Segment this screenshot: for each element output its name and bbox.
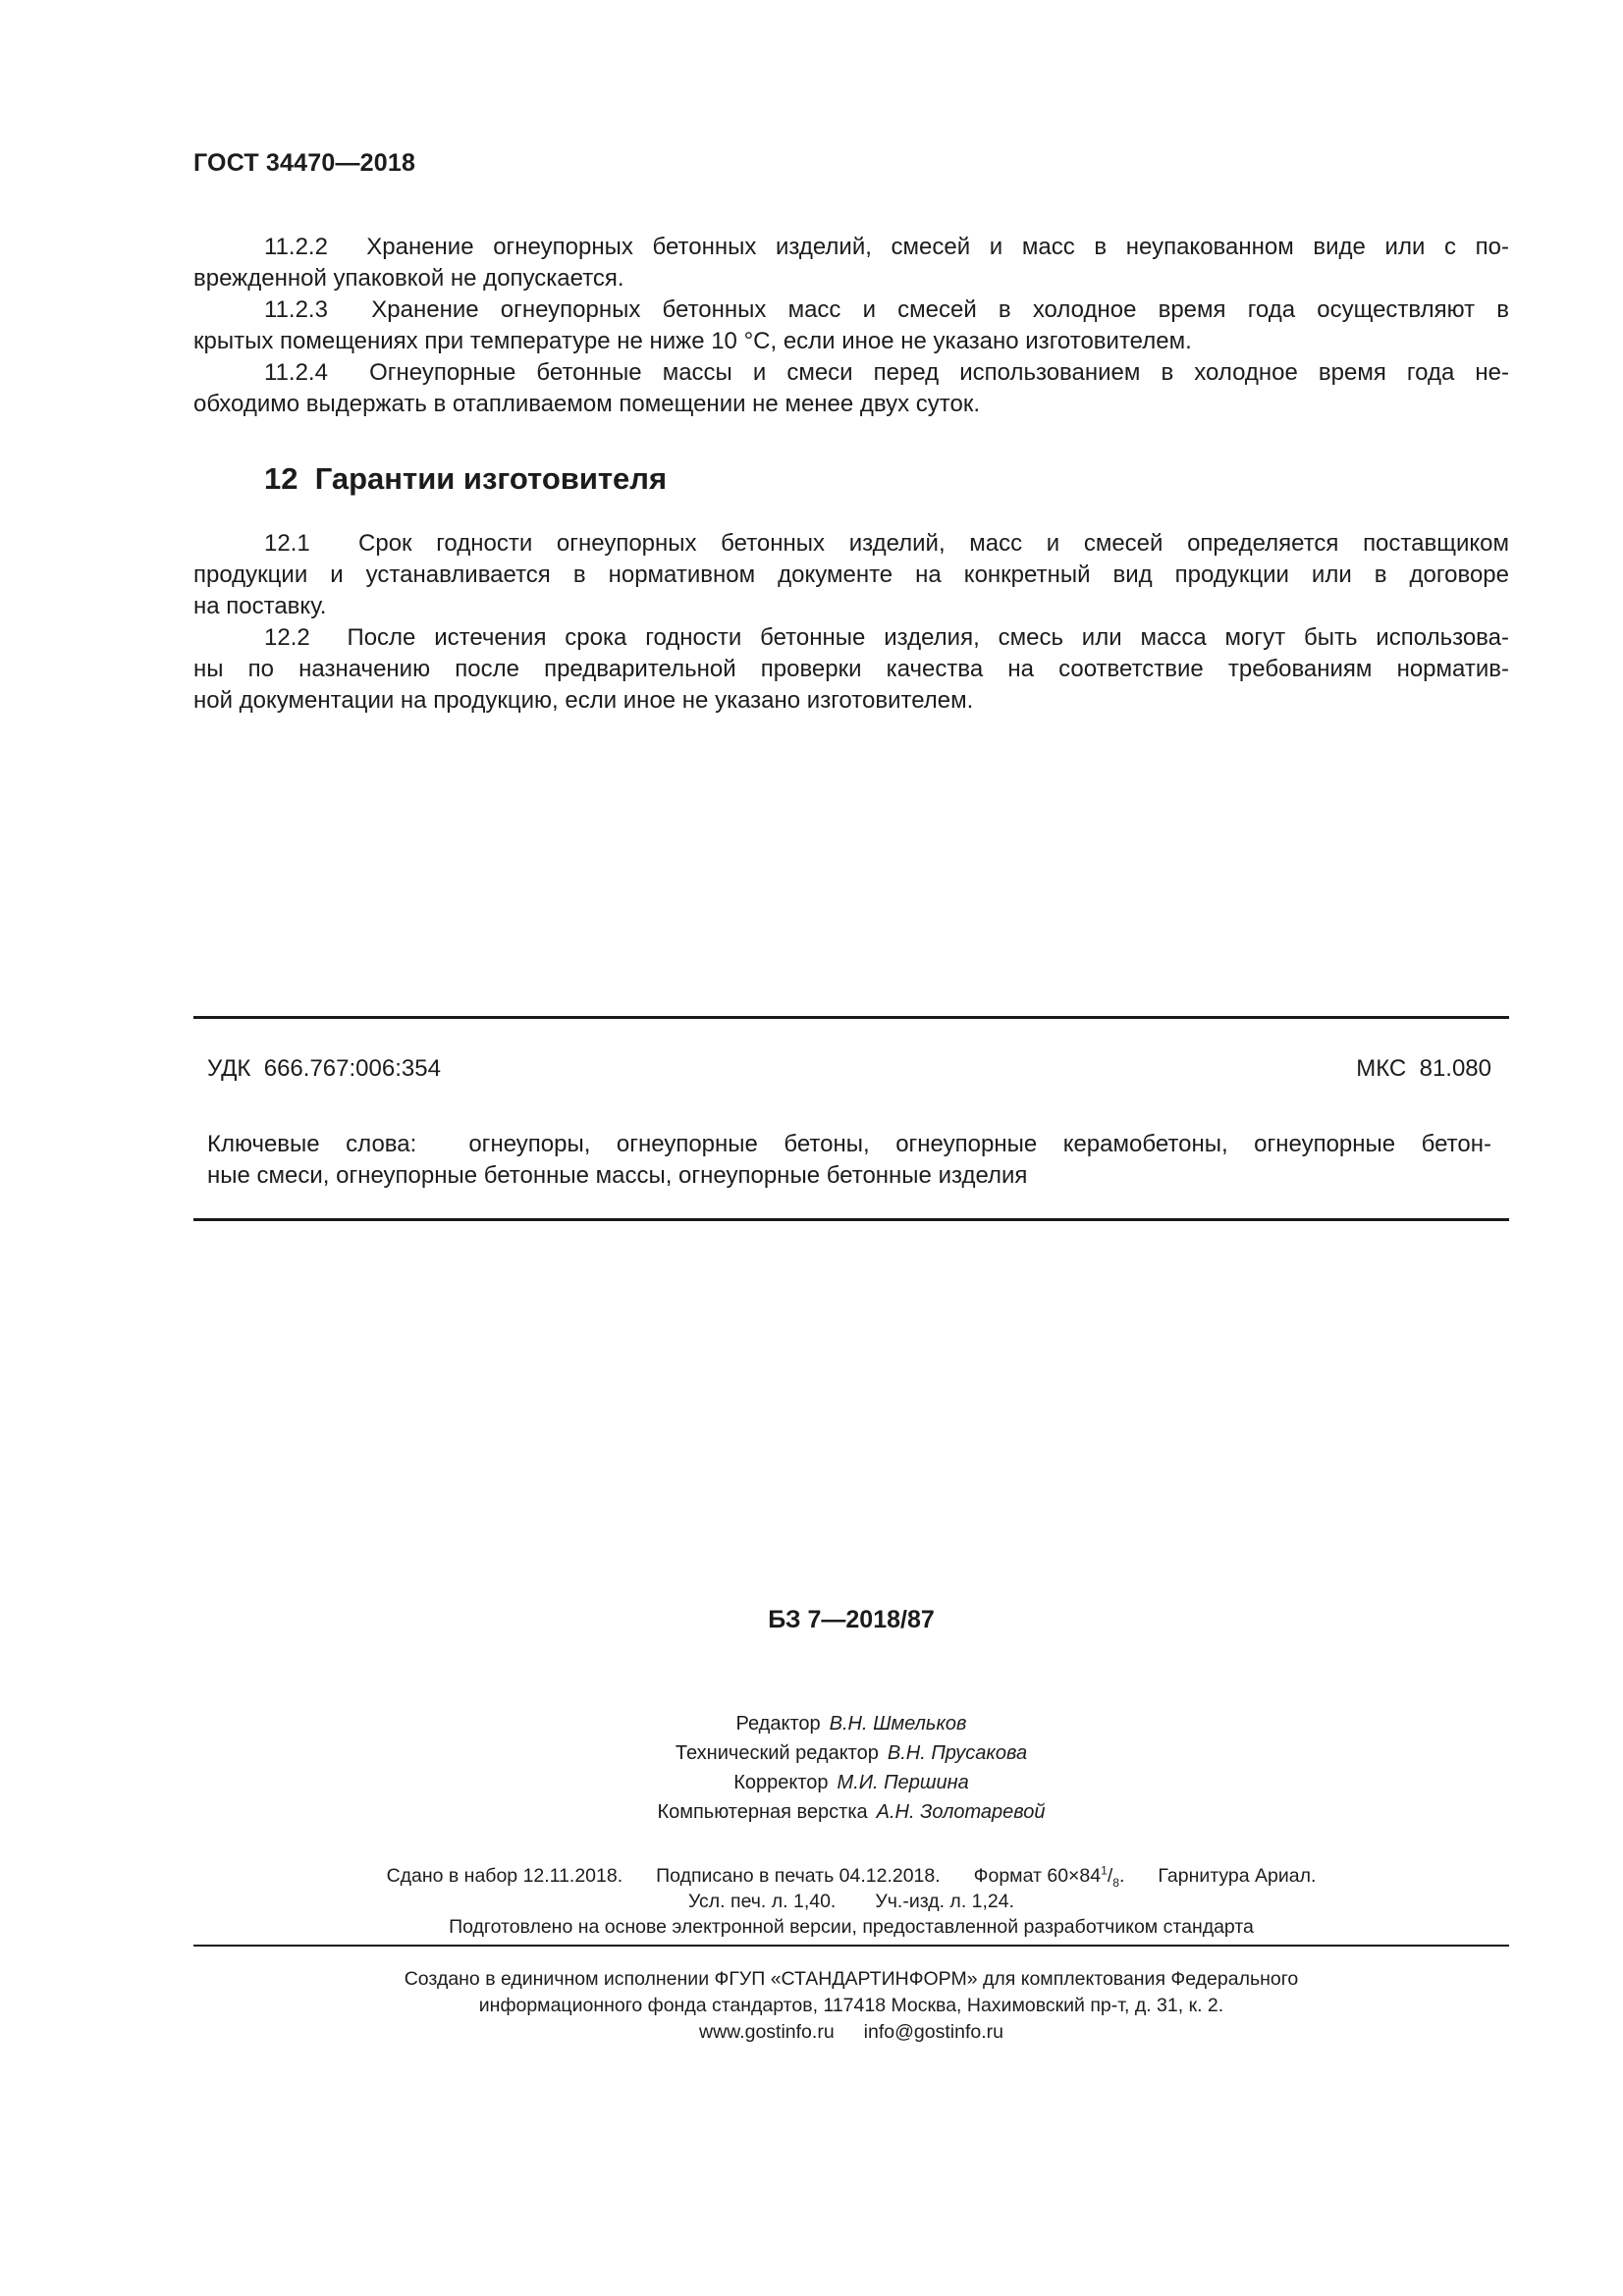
clause-line: 11.2.2 Хранение огнеупорных бетонных изд… (193, 232, 1509, 263)
print-format: Формат 60×841/8. (974, 1863, 1125, 1889)
imprint: Создано в единичном исполнении ФГУП «СТА… (193, 1966, 1509, 2046)
printing-data: Сдано в набор 12.11.2018.Подписано в печ… (193, 1863, 1509, 1940)
imprint-contacts: www.gostinfo.ruinfo@gostinfo.ru (193, 2019, 1509, 2046)
staff-name: А.Н. Золотаревой (877, 1801, 1046, 1823)
clause-12-1: 12.1 Срок годности огнеупорных бетонных … (193, 528, 1509, 622)
format-sub: 8 (1112, 1876, 1119, 1890)
imprint-line-2: информационного фонда стандартов, 117418… (193, 1993, 1509, 2019)
clause-12-2: 12.2 После истечения срока годности бето… (193, 622, 1509, 717)
document-page: ГОСТ 34470—2018 11.2.2 Хранение огнеупор… (0, 0, 1623, 2296)
clause-line: ной документации на продукцию, если иное… (193, 685, 1509, 717)
staff-name: В.Н. Прусакова (888, 1742, 1027, 1764)
clause-line: крытых помещениях при температуре не ниж… (193, 326, 1509, 357)
doc-number-header: ГОСТ 34470—2018 (193, 149, 415, 178)
format-prefix: Формат 60×84 (974, 1865, 1101, 1887)
horizontal-rule-middle (193, 1218, 1509, 1221)
print-line-2: Усл. печ. л. 1,40.Уч.-изд. л. 1,24. (193, 1889, 1509, 1914)
clause-line: 11.2.4 Огнеупорные бетонные массы и смес… (193, 357, 1509, 389)
staff-line: Технический редакторВ.Н. Прусакова (193, 1738, 1509, 1768)
print-sign-date: Подписано в печать 04.12.2018. (656, 1863, 941, 1889)
clause-line: 11.2.3 Хранение огнеупорных бетонных мас… (193, 294, 1509, 326)
clause-line: ны по назначению после предварительной п… (193, 654, 1509, 685)
staff-credits: РедакторВ.Н. Шмельков Технический редакт… (193, 1709, 1509, 1827)
print-line-1: Сдано в набор 12.11.2018.Подписано в печ… (193, 1863, 1509, 1889)
clause-line: продукции и устанавливается в нормативно… (193, 560, 1509, 591)
clause-line: 12.1 Срок годности огнеупорных бетонных … (193, 528, 1509, 560)
clause-line: врежденной упаковкой не допускается. (193, 263, 1509, 294)
staff-role: Компьютерная верстка (657, 1801, 867, 1823)
print-typeface: Гарнитура Ариал. (1158, 1863, 1316, 1889)
staff-role: Корректор (733, 1772, 828, 1793)
keywords-line: ные смеси, огнеупорные бетонные массы, о… (207, 1160, 1491, 1192)
keywords-line: Ключевые слова: огнеупоры, огнеупорные б… (207, 1129, 1491, 1160)
clause-11-2-2: 11.2.2 Хранение огнеупорных бетонных изд… (193, 232, 1509, 294)
section-12-heading: 12 Гарантии изготовителя (193, 459, 1509, 499)
staff-line: КорректорМ.И. Першина (193, 1768, 1509, 1797)
clause-line: на поставку. (193, 591, 1509, 622)
mks-code: МКС 81.080 (1356, 1053, 1491, 1085)
print-uch-sheets: Уч.-изд. л. 1,24. (875, 1889, 1014, 1914)
format-dot: . (1119, 1865, 1124, 1887)
print-usl-sheets: Усл. печ. л. 1,40. (688, 1889, 836, 1914)
website-text: www.gostinfo.ru (699, 2019, 835, 2046)
clause-line: обходимо выдержать в отапливаемом помеще… (193, 389, 1509, 420)
staff-name: М.И. Першина (838, 1772, 969, 1793)
staff-line: Компьютерная версткаА.Н. Золотаревой (193, 1797, 1509, 1827)
imprint-line-1: Создано в единичном исполнении ФГУП «СТА… (193, 1966, 1509, 1993)
bz-code: БЗ 7—2018/87 (193, 1606, 1509, 1634)
horizontal-rule-top (193, 1016, 1509, 1019)
prepared-note: Подготовлено на основе электронной верси… (193, 1914, 1509, 1940)
clause-11-2-3: 11.2.3 Хранение огнеупорных бетонных мас… (193, 294, 1509, 357)
clause-line: 12.2 После истечения срока годности бето… (193, 622, 1509, 654)
email-text: info@gostinfo.ru (864, 2019, 1003, 2046)
staff-role: Технический редактор (676, 1742, 879, 1764)
staff-role: Редактор (736, 1713, 821, 1735)
staff-line: РедакторВ.Н. Шмельков (193, 1709, 1509, 1738)
classification-row: УДК 666.767:006:354 МКС 81.080 (193, 1053, 1509, 1085)
print-set-date: Сдано в набор 12.11.2018. (387, 1863, 623, 1889)
horizontal-rule-bottom (193, 1945, 1509, 1947)
staff-name: В.Н. Шмельков (830, 1713, 967, 1735)
format-sup: 1 (1101, 1864, 1108, 1878)
keywords-paragraph: Ключевые слова: огнеупоры, огнеупорные б… (193, 1129, 1509, 1192)
clause-11-2-4: 11.2.4 Огнеупорные бетонные массы и смес… (193, 357, 1509, 420)
udk-code: УДК 666.767:006:354 (207, 1053, 441, 1085)
